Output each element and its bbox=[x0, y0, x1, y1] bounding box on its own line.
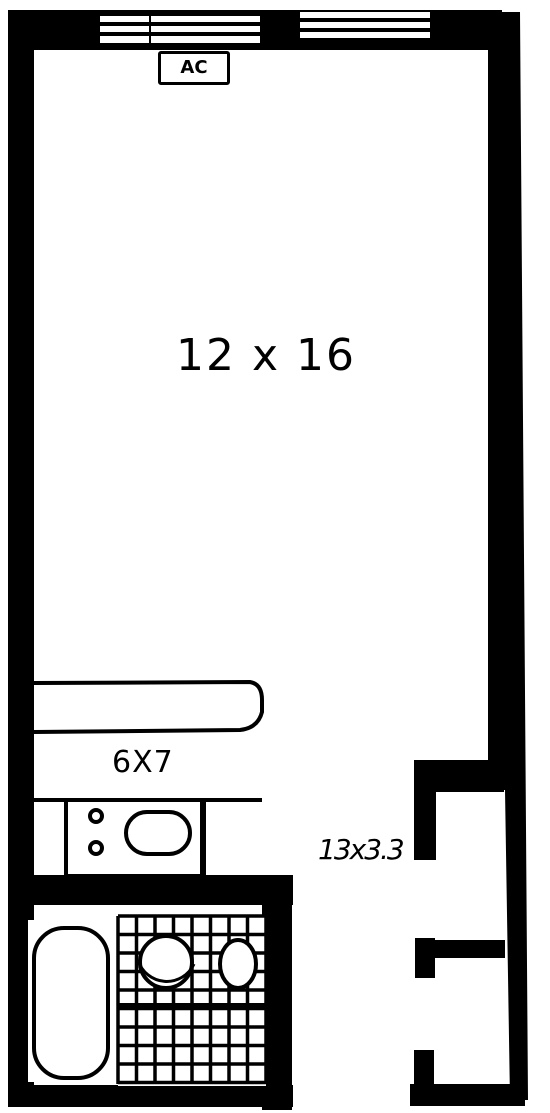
bath-sink-icon bbox=[220, 940, 256, 988]
floor-plan bbox=[0, 0, 550, 1113]
kitchen-counter bbox=[34, 682, 262, 732]
bathroom bbox=[28, 916, 266, 1086]
closet-dimensions: 13x3.3 bbox=[318, 833, 403, 866]
main-room-dimensions: 12 x 16 bbox=[176, 330, 356, 381]
kitchen-dimensions: 6X7 bbox=[112, 745, 174, 780]
ac-unit-label: AC bbox=[158, 51, 230, 85]
